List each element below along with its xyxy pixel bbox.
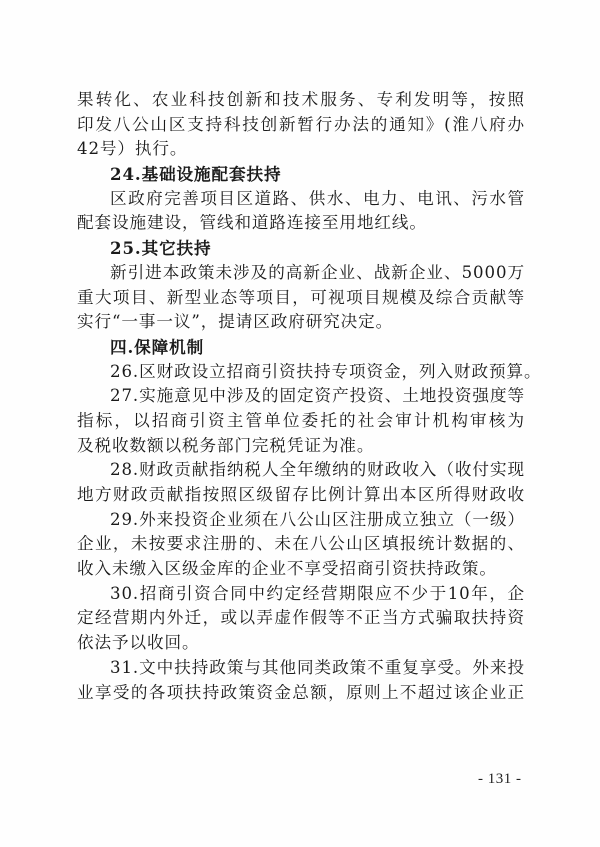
section-heading-24: 24.基础设施配套扶持 — [77, 162, 525, 187]
text-line: 31.文中扶持政策与其他同类政策不重复享受。外来投资企 — [77, 656, 525, 681]
text-line: 业享受的各项扶持政策资金总额，原则上不超过该企业正式投 — [77, 681, 525, 706]
text-line: 新引进本政策未涉及的高新企业、战新企业、5000万以上 — [77, 261, 525, 286]
text-line: 地方财政贡献指按照区级留存比例计算出本区所得财政收入。 — [77, 483, 525, 508]
text-line: 企业，未按要求注册的、未在八公山区填报统计数据的、税收 — [77, 532, 525, 557]
text-line: 及税收数额以税务部门完税凭证为准。 — [77, 434, 525, 459]
chapter-heading-guarantee: 四.保障机制 — [77, 335, 525, 360]
text-line: 区政府完善项目区道路、供水、电力、电讯、污水管网等 — [77, 187, 525, 212]
text-line: 28.财政贡献指纳税人全年缴纳的财政收入（收付实现制）， — [77, 458, 525, 483]
text-line: 印发八公山区支持科技创新暂行办法的通知》(淮八府办〔2018〕 — [77, 113, 525, 138]
text-line: 定经营期内外迁，或以弄虚作假等不正当方式骗取扶持资金的， — [77, 606, 525, 631]
text-line: 收入未缴入区级金库的企业不享受招商引资扶持政策。 — [77, 557, 525, 582]
text-line: 27.实施意见中涉及的固定资产投资、土地投资强度等数据 — [77, 384, 525, 409]
text-line: 重大项目、新型业态等项目，可视项目规模及综合贡献等情况， — [77, 286, 525, 311]
text-line: 配套设施建设，管线和道路连接至用地红线。 — [77, 211, 525, 236]
document-page: 果转化、农业科技创新和技术服务、专利发明等，按照《关于 印发八公山区支持科技创新… — [0, 0, 600, 847]
text-line: 29.外来投资企业须在八公山区注册成立独立（一级）法人 — [77, 508, 525, 533]
body-text: 果转化、农业科技创新和技术服务、专利发明等，按照《关于 印发八公山区支持科技创新… — [77, 88, 525, 705]
text-line: 42号）执行。 — [77, 137, 525, 162]
text-line: 依法予以收回。 — [77, 631, 525, 656]
section-heading-25: 25.其它扶持 — [77, 236, 525, 261]
text-line: 30.招商引资合同中约定经营期限应不少于10年，企业在约 — [77, 582, 525, 607]
text-line: 26.区财政设立招商引资扶持专项资金，列入财政预算。 — [77, 360, 525, 385]
text-line: 果转化、农业科技创新和技术服务、专利发明等，按照《关于 — [77, 88, 525, 113]
page-number: - 131 - — [478, 771, 522, 788]
text-line: 指标，以招商引资主管单位委托的社会审计机构审核为准；涉 — [77, 409, 525, 434]
text-line: 实行“一事一议”，提请区政府研究决定。 — [77, 310, 525, 335]
